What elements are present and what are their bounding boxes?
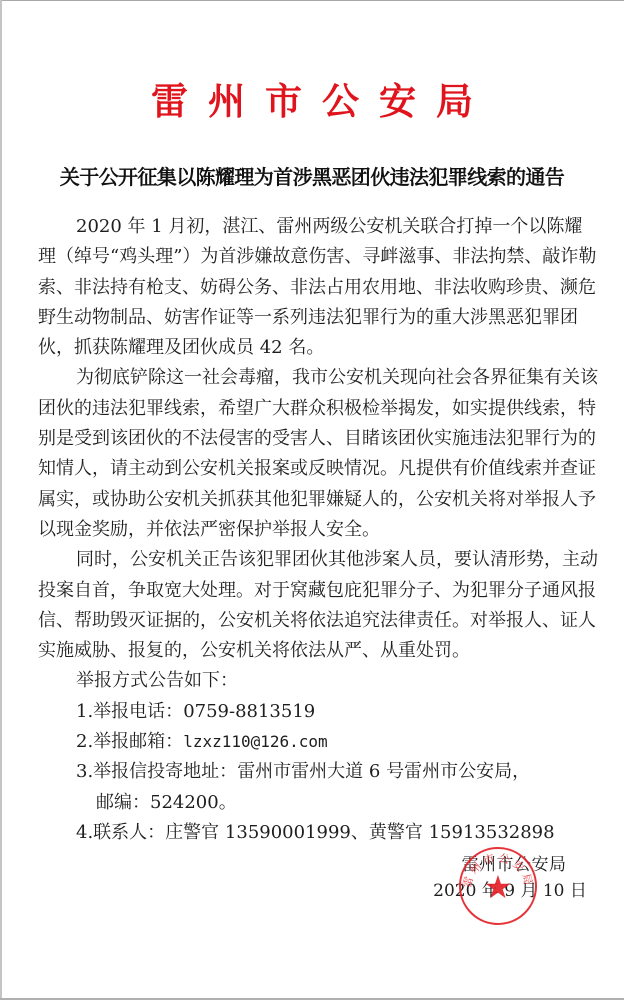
contact-phone-value: 0759-8813519 [183,701,315,722]
paragraph-2: 为彻底铲除这一社会毒瘤，我市公安机关现向社会各界征集有关该团伙的违法犯罪线索，希… [38,363,598,545]
page-border-left [0,0,2,1000]
contact-email-value: lzxz110@126.com [183,732,328,751]
paragraph-3: 同时，公安机关正告该犯罪团伙其他涉案人员，要认清形势，主动投案自首，争取宽大处理… [38,545,598,666]
contact-persons-value: 庄警官 13590001999、黄警官 15913532898 [165,822,554,843]
notice-title: 关于公开征集以陈耀理为首涉黑恶团伙违法犯罪线索的通告 [0,163,624,191]
page-border-top [0,0,624,1]
contact-email: 2.举报邮箱：lzxz110@126.com [38,727,598,757]
official-seal-stamp: 雷州市公安局 ★ [459,847,537,925]
org-header-title: 雷州市公安局 [0,78,624,124]
notice-body: 2020 年 1 月初，湛江、雷州两级公安机关联合打掉一个以陈耀理（绰号“鸡头理… [38,212,598,848]
contact-postcode: 邮编：524200。 [38,788,598,818]
contact-heading: 举报方式公告如下： [38,666,598,696]
contact-address: 3.举报信投寄地址：雷州市雷州大道 6 号雷州市公安局， [38,757,598,787]
contact-address-label: 3.举报信投寄地址： [76,761,237,782]
contact-persons-label: 4.联系人： [76,822,165,843]
contact-email-label: 2.举报邮箱： [76,731,183,752]
contact-address-value: 雷州市雷州大道 6 号雷州市公安局， [237,761,530,782]
contact-phone: 1.举报电话：0759-8813519 [38,697,598,727]
paragraph-1: 2020 年 1 月初，湛江、雷州两级公安机关联合打掉一个以陈耀理（绰号“鸡头理… [38,212,598,363]
contact-phone-label: 1.举报电话： [76,701,183,722]
contact-persons: 4.联系人：庄警官 13590001999、黄警官 15913532898 [38,818,598,848]
star-icon: ★ [481,871,515,903]
